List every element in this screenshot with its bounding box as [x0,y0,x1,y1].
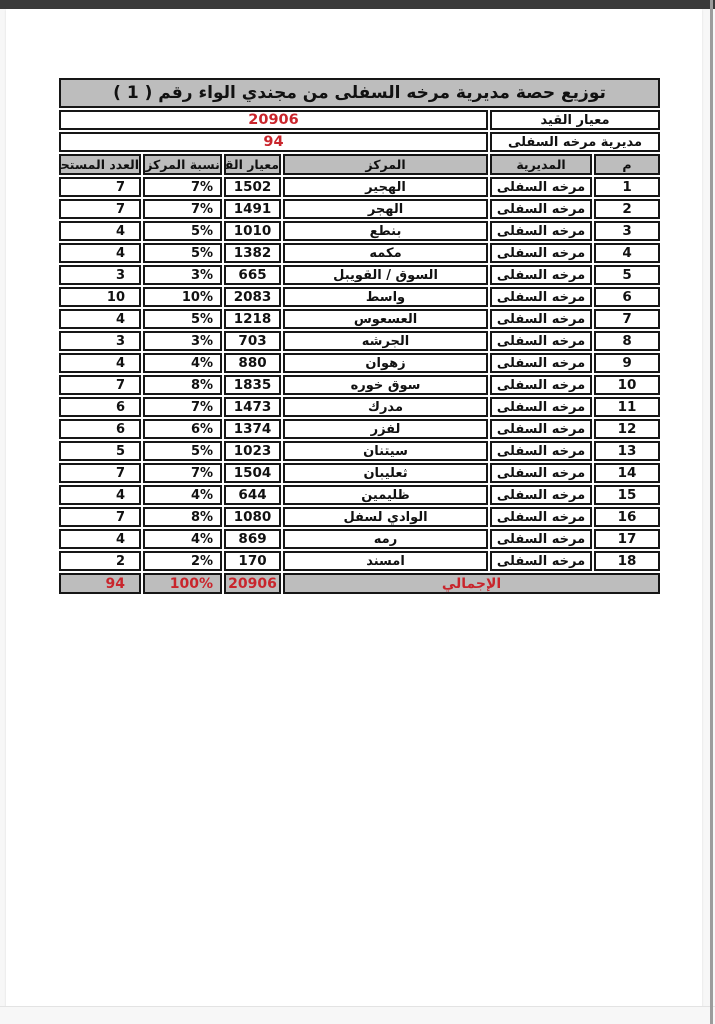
cell-row-number: 17 [594,529,660,549]
title-row: توزيع حصة مديرية مرخه السفلى من مجندي ال… [59,78,660,108]
cell-directorate: مرخه السفلى [490,507,592,527]
cell-registry-standard: 703 [224,331,281,351]
registry-standard-label: معيار القيد [490,110,660,130]
cell-center-name: زهوان [283,353,488,373]
cell-center-percentage: 6% [143,419,222,439]
scan-top-band [0,0,715,9]
table-row: 7مرخه السفلىالعسعوس12185%4 [59,309,660,329]
total-percentage-value: 100% [143,573,222,594]
column-header-directorate: المديرية [490,154,592,175]
cell-due-count: 6 [59,419,141,439]
cell-center-name: الهجر [283,199,488,219]
column-header-row: م المديرية المركز معيار القيد نسبة المرك… [59,154,660,175]
table-row: 5مرخه السفلىالسوق / القويبل6653%3 [59,265,660,285]
cell-registry-standard: 1502 [224,177,281,197]
cell-center-percentage: 10% [143,287,222,307]
cell-center-name: مكمه [283,243,488,263]
cell-row-number: 8 [594,331,660,351]
cell-directorate: مرخه السفلى [490,309,592,329]
cell-center-percentage: 4% [143,353,222,373]
cell-row-number: 11 [594,397,660,417]
table-row: 10مرخه السفلىسوق خوره18358%7 [59,375,660,395]
cell-due-count: 6 [59,397,141,417]
table-row: 2مرخه السفلىالهجر14917%7 [59,199,660,219]
cell-directorate: مرخه السفلى [490,265,592,285]
cell-directorate: مرخه السفلى [490,199,592,219]
cell-row-number: 2 [594,199,660,219]
cell-registry-standard: 1080 [224,507,281,527]
cell-center-percentage: 3% [143,265,222,285]
cell-registry-standard: 1504 [224,463,281,483]
cell-row-number: 13 [594,441,660,461]
cell-center-name: واسط [283,287,488,307]
table-row: 15مرخه السفلىظليمين6444%4 [59,485,660,505]
cell-center-name: امسند [283,551,488,571]
cell-registry-standard: 869 [224,529,281,549]
column-header-due: العدد المستحق [59,154,141,175]
cell-due-count: 7 [59,375,141,395]
cell-center-name: سوق خوره [283,375,488,395]
cell-center-percentage: 8% [143,507,222,527]
total-row: الإجمالي 20906 100% 94 [59,573,660,594]
table-row: 18مرخه السفلىامسند1702%2 [59,551,660,571]
cell-directorate: مرخه السفلى [490,485,592,505]
cell-row-number: 10 [594,375,660,395]
cell-due-count: 4 [59,485,141,505]
cell-registry-standard: 1374 [224,419,281,439]
cell-center-name: بنطع [283,221,488,241]
cell-center-percentage: 5% [143,221,222,241]
total-standard-value: 20906 [224,573,281,594]
table-row: 9مرخه السفلىزهوان8804%4 [59,353,660,373]
cell-center-name: الوادي لسفل [283,507,488,527]
cell-center-percentage: 2% [143,551,222,571]
info-row-registry-standard: معيار القيد 20906 [59,110,660,130]
info-row-directorate-total: مديرية مرخه السفلى 94 [59,132,660,152]
cell-row-number: 12 [594,419,660,439]
cell-directorate: مرخه السفلى [490,441,592,461]
cell-directorate: مرخه السفلى [490,177,592,197]
cell-center-percentage: 4% [143,485,222,505]
cell-registry-standard: 1382 [224,243,281,263]
table-title: توزيع حصة مديرية مرخه السفلى من مجندي ال… [59,78,660,108]
table-row: 13مرخه السفلىسيتنان10235%5 [59,441,660,461]
scan-bottom-margin [0,1006,715,1024]
table-row: 17مرخه السفلىرمه8694%4 [59,529,660,549]
cell-center-percentage: 3% [143,331,222,351]
cell-center-name: لفزر [283,419,488,439]
cell-due-count: 10 [59,287,141,307]
table-row: 3مرخه السفلىبنطع10105%4 [59,221,660,241]
cell-registry-standard: 1491 [224,199,281,219]
cell-directorate: مرخه السفلى [490,353,592,373]
cell-registry-standard: 880 [224,353,281,373]
directorate-total-value: 94 [59,132,488,152]
cell-due-count: 4 [59,243,141,263]
cell-directorate: مرخه السفلى [490,331,592,351]
cell-center-percentage: 5% [143,309,222,329]
cell-center-percentage: 5% [143,441,222,461]
registry-standard-value: 20906 [59,110,488,130]
cell-center-name: سيتنان [283,441,488,461]
cell-center-name: السوق / القويبل [283,265,488,285]
table-row: 6مرخه السفلىواسط208310%10 [59,287,660,307]
table-row: 16مرخه السفلىالوادي لسفل10808%7 [59,507,660,527]
cell-directorate: مرخه السفلى [490,397,592,417]
scanned-document: توزيع حصة مديرية مرخه السفلى من مجندي ال… [0,0,715,1024]
cell-row-number: 7 [594,309,660,329]
cell-row-number: 16 [594,507,660,527]
cell-row-number: 18 [594,551,660,571]
cell-registry-standard: 170 [224,551,281,571]
cell-due-count: 4 [59,309,141,329]
cell-directorate: مرخه السفلى [490,529,592,549]
cell-due-count: 7 [59,177,141,197]
cell-row-number: 4 [594,243,660,263]
cell-directorate: مرخه السفلى [490,551,592,571]
cell-center-name: مدرك [283,397,488,417]
table-row: 1مرخه السفلىالهجير15027%7 [59,177,660,197]
total-due-value: 94 [59,573,141,594]
cell-directorate: مرخه السفلى [490,375,592,395]
cell-due-count: 4 [59,221,141,241]
cell-due-count: 7 [59,507,141,527]
cell-due-count: 3 [59,265,141,285]
cell-center-name: العسعوس [283,309,488,329]
cell-center-name: الهجير [283,177,488,197]
column-header-percentage: نسبة المركز [143,154,222,175]
table-row: 8مرخه السفلىالجرشه7033%3 [59,331,660,351]
cell-center-percentage: 5% [143,243,222,263]
directorate-name-label: مديرية مرخه السفلى [490,132,660,152]
cell-center-name: ثعليبان [283,463,488,483]
cell-directorate: مرخه السفلى [490,221,592,241]
cell-directorate: مرخه السفلى [490,463,592,483]
cell-center-percentage: 7% [143,463,222,483]
cell-row-number: 5 [594,265,660,285]
cell-row-number: 3 [594,221,660,241]
cell-due-count: 3 [59,331,141,351]
cell-directorate: مرخه السفلى [490,419,592,439]
column-header-num: م [594,154,660,175]
cell-registry-standard: 644 [224,485,281,505]
cell-row-number: 6 [594,287,660,307]
cell-center-percentage: 4% [143,529,222,549]
cell-center-percentage: 7% [143,397,222,417]
cell-registry-standard: 1218 [224,309,281,329]
cell-registry-standard: 2083 [224,287,281,307]
cell-registry-standard: 1835 [224,375,281,395]
cell-registry-standard: 665 [224,265,281,285]
cell-row-number: 14 [594,463,660,483]
cell-due-count: 5 [59,441,141,461]
cell-row-number: 1 [594,177,660,197]
cell-due-count: 2 [59,551,141,571]
cell-registry-standard: 1010 [224,221,281,241]
scan-right-edge [710,0,713,1024]
column-header-center: المركز [283,154,488,175]
table-row: 12مرخه السفلىلفزر13746%6 [59,419,660,439]
cell-directorate: مرخه السفلى [490,243,592,263]
cell-center-percentage: 8% [143,375,222,395]
cell-directorate: مرخه السفلى [490,287,592,307]
cell-row-number: 15 [594,485,660,505]
cell-due-count: 4 [59,353,141,373]
cell-registry-standard: 1023 [224,441,281,461]
cell-center-percentage: 7% [143,199,222,219]
cell-due-count: 7 [59,463,141,483]
cell-center-percentage: 7% [143,177,222,197]
cell-registry-standard: 1473 [224,397,281,417]
cell-center-name: الجرشه [283,331,488,351]
table-row: 14مرخه السفلىثعليبان15047%7 [59,463,660,483]
total-label: الإجمالي [283,573,660,594]
column-header-standard: معيار القيد [224,154,281,175]
cell-due-count: 4 [59,529,141,549]
cell-row-number: 9 [594,353,660,373]
cell-center-name: رمه [283,529,488,549]
table-row: 4مرخه السفلىمكمه13825%4 [59,243,660,263]
document-page: توزيع حصة مديرية مرخه السفلى من مجندي ال… [6,9,702,1006]
cell-center-name: ظليمين [283,485,488,505]
table-row: 11مرخه السفلىمدرك14737%6 [59,397,660,417]
cell-due-count: 7 [59,199,141,219]
distribution-table: توزيع حصة مديرية مرخه السفلى من مجندي ال… [57,76,662,596]
